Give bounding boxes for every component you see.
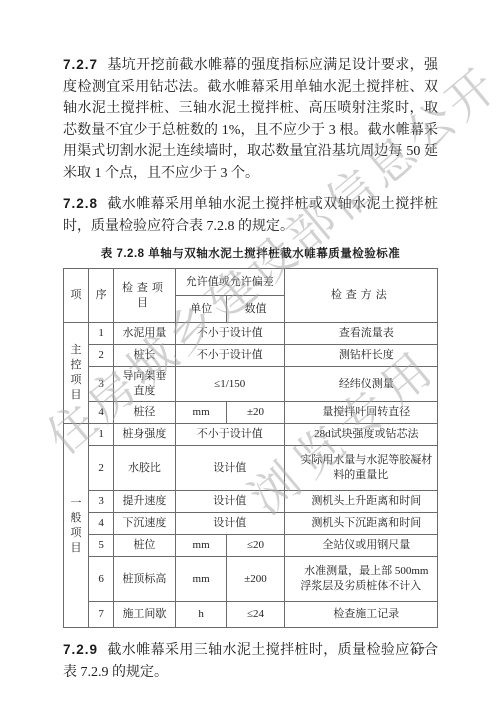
unit-cell: mm [175, 535, 227, 557]
table-row: 6 桩顶标高 mm ±200 水准测量，最上部 500mm 浮浆层及劣质桩体不计… [64, 557, 438, 602]
method-cell: 经纬仪测量 [284, 367, 437, 402]
section-7-2-8: 7.2.8截水帷幕采用单轴水泥土搅拌桩或双轴水泥土搅拌桩时，质量检验应符合表 7… [63, 193, 438, 237]
table-row: 7 施工间歇 h ≤24 检查施工记录 [64, 602, 438, 628]
header-method-cell: 检查方法 [284, 269, 437, 323]
header-allow-cell: 允许值或允许偏差 [175, 269, 284, 296]
seq-cell: 1 [89, 323, 114, 345]
seq-cell: 3 [89, 491, 114, 513]
allow-cell: ≤1/150 [175, 367, 284, 402]
seq-cell: 4 [89, 402, 114, 424]
page-number: · 47 · [401, 645, 437, 657]
section-7-2-7-text: 基坑开挖前截水帷幕的强度指标应满足设计要求，强度检测宜采用钻芯法。截水帷幕采用单… [63, 58, 438, 181]
table-row: 3 导向架垂直度 ≤1/150 经纬仪测量 [64, 367, 438, 402]
header-xu-cell: 序 [89, 269, 114, 323]
table-row: 3 提升速度 设计值 测机头上升距离和时间 [64, 491, 438, 513]
seq-cell: 6 [89, 557, 114, 602]
value-cell: ≤20 [227, 535, 284, 557]
seq-cell: 2 [89, 446, 114, 491]
section-7-2-7-number: 7.2.7 [63, 57, 98, 72]
quality-inspection-table: 项 序 检查项目 允许值或允许偏差 检查方法 单位 数值 主控项目 1 水泥用量… [63, 268, 438, 628]
header-unit-cell: 单位 [175, 296, 227, 323]
seq-cell: 3 [89, 367, 114, 402]
item-cell: 桩顶标高 [114, 557, 176, 602]
table-row: 4 桩径 mm ±20 量搅拌叶回转直径 [64, 402, 438, 424]
section-7-2-9: 7.2.9截水帷幕采用三轴水泥土搅拌桩时，质量检验应符合表 7.2.9 的规定。 [63, 639, 438, 683]
table-caption: 表 7.2.8 单轴与双轴水泥土搅拌桩截水帷幕质量检验标准 [63, 245, 438, 261]
method-cell: 28d试块强度或钻芯法 [284, 424, 437, 446]
method-cell: 全站仪或用钢尺量 [284, 535, 437, 557]
section-7-2-9-number: 7.2.9 [63, 642, 98, 657]
item-cell: 桩位 [114, 535, 176, 557]
page-content: 7.2.7基坑开挖前截水帷幕的强度指标应满足设计要求，强度检测宜采用钻芯法。截水… [63, 54, 438, 692]
allow-cell: 设计值 [175, 513, 284, 535]
item-cell: 桩身强度 [114, 424, 176, 446]
section-7-2-7: 7.2.7基坑开挖前截水帷幕的强度指标应满足设计要求，强度检测宜采用钻芯法。截水… [63, 54, 438, 184]
item-cell: 施工间歇 [114, 602, 176, 628]
item-cell: 提升速度 [114, 491, 176, 513]
method-cell: 水准测量，最上部 500mm 浮浆层及劣质桩体不计入 [284, 557, 437, 602]
section-7-2-9-text: 截水帷幕采用三轴水泥土搅拌桩时，质量检验应符合表 7.2.9 的规定。 [63, 643, 438, 680]
item-cell: 水胶比 [114, 446, 176, 491]
item-cell: 桩径 [114, 402, 176, 424]
group-label-general: 一般项目 [64, 424, 89, 628]
table-row: 2 水胶比 设计值 实际用水量与水泥等胶凝材料的重量比 [64, 446, 438, 491]
seq-cell: 1 [89, 424, 114, 446]
header-value-cell: 数值 [227, 296, 284, 323]
seq-cell: 7 [89, 602, 114, 628]
method-cell: 测机头下沉距离和时间 [284, 513, 437, 535]
table-row: 5 桩位 mm ≤20 全站仪或用钢尺量 [64, 535, 438, 557]
unit-cell: mm [175, 402, 227, 424]
seq-cell: 5 [89, 535, 114, 557]
table-row: 一般项目 1 桩身强度 不小于设计值 28d试块强度或钻芯法 [64, 424, 438, 446]
seq-cell: 4 [89, 513, 114, 535]
method-cell: 量搅拌叶回转直径 [284, 402, 437, 424]
value-cell: ±200 [227, 557, 284, 602]
method-cell: 实际用水量与水泥等胶凝材料的重量比 [284, 446, 437, 491]
method-cell: 检查施工记录 [284, 602, 437, 628]
allow-cell: 不小于设计值 [175, 345, 284, 367]
allow-cell: 不小于设计值 [175, 323, 284, 345]
allow-cell: 不小于设计值 [175, 424, 284, 446]
item-cell: 桩长 [114, 345, 176, 367]
allow-cell: 设计值 [175, 446, 284, 491]
header-xiang-cell: 项 [64, 269, 89, 323]
group-label-main-control: 主控项目 [64, 323, 89, 424]
seq-cell: 2 [89, 345, 114, 367]
method-cell: 测机头上升距离和时间 [284, 491, 437, 513]
method-cell: 测钻杆长度 [284, 345, 437, 367]
allow-cell: 设计值 [175, 491, 284, 513]
table-row: 4 下沉速度 设计值 测机头下沉距离和时间 [64, 513, 438, 535]
method-cell: 查看流量表 [284, 323, 437, 345]
unit-cell: mm [175, 557, 227, 602]
unit-cell: h [175, 602, 227, 628]
value-cell: ±20 [227, 402, 284, 424]
document-page: 住房城乡建设部信息公开 浏览专用 7.2.7基坑开挖前截水帷幕的强度指标应满足设… [0, 0, 500, 725]
header-check-item-cell: 检查项目 [114, 269, 176, 323]
section-7-2-8-text: 截水帷幕采用单轴水泥土搅拌桩或双轴水泥土搅拌桩时，质量检验应符合表 7.2.8 … [63, 197, 438, 234]
table-row: 主控项目 1 水泥用量 不小于设计值 查看流量表 [64, 323, 438, 345]
value-cell: ≤24 [227, 602, 284, 628]
item-cell: 下沉速度 [114, 513, 176, 535]
section-7-2-8-number: 7.2.8 [63, 196, 98, 211]
item-cell: 导向架垂直度 [114, 367, 176, 402]
item-cell: 水泥用量 [114, 323, 176, 345]
table-row: 2 桩长 不小于设计值 测钻杆长度 [64, 345, 438, 367]
